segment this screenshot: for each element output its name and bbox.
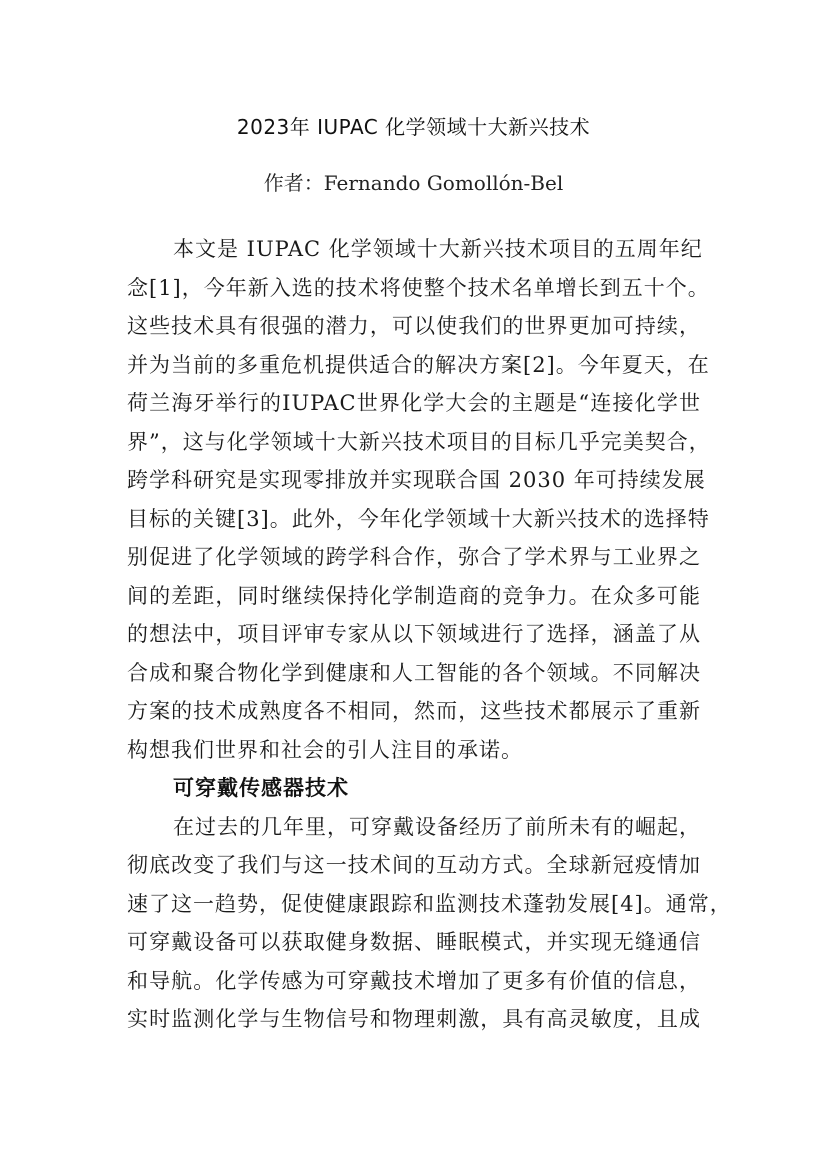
intro-paragraph-line: 合成和聚合物化学到健康和人工智能的各个领域。不同解决 <box>127 654 701 693</box>
author-line: 作者：Fernando Gomollón-Bel <box>0 169 827 197</box>
intro-paragraph-line: 本文是 IUPAC 化学领域十大新兴技术项目的五周年纪 <box>127 230 701 269</box>
section-paragraph-line: 彻底改变了我们与这一技术间的互动方式。全球新冠疫情加 <box>127 846 701 885</box>
section-paragraph-line: 速了这一趋势，促使健康跟踪和监测技术蓬勃发展[4]。通常， <box>127 885 701 924</box>
section-paragraph-line: 实时监测化学与生物信号和物理刺激，具有高灵敏度，且成 <box>127 1000 701 1039</box>
intro-paragraph-line: 并为当前的多重危机提供适合的解决方案[2]。今年夏天，在 <box>127 346 701 385</box>
section-paragraph-line: 和导航。化学传感为可穿戴技术增加了更多有价值的信息， <box>127 962 701 1001</box>
intro-paragraph-line: 的想法中，项目评审专家从以下领域进行了选择，涵盖了从 <box>127 615 701 654</box>
intro-paragraph-line: 构想我们世界和社会的引人注目的承诺。 <box>127 731 701 770</box>
intro-paragraph-line: 界”，这与化学领域十大新兴技术项目的目标几乎完美契合， <box>127 423 701 462</box>
intro-paragraph-line: 荷兰海牙举行的IUPAC世界化学大会的主题是“连接化学世 <box>127 384 701 423</box>
document-page: 2023年 IUPAC 化学领域十大新兴技术 作者：Fernando Gomol… <box>0 0 827 1170</box>
intro-paragraph-line: 跨学科研究是实现零排放并实现联合国 2030 年可持续发展 <box>127 461 701 500</box>
article-body: 本文是 IUPAC 化学领域十大新兴技术项目的五周年纪 念[1]，今年新入选的技… <box>127 230 701 1039</box>
section-heading: 可穿戴传感器技术 <box>127 769 701 808</box>
intro-paragraph-line: 间的差距，同时继续保持化学制造商的竞争力。在众多可能 <box>127 577 701 616</box>
intro-paragraph-line: 别促进了化学领域的跨学科合作，弥合了学术界与工业界之 <box>127 538 701 577</box>
intro-paragraph-line: 念[1]，今年新入选的技术将使整个技术名单增长到五十个。 <box>127 269 701 308</box>
document-title: 2023年 IUPAC 化学领域十大新兴技术 <box>0 113 827 141</box>
intro-paragraph-line: 目标的关键[3]。此外，今年化学领域十大新兴技术的选择特 <box>127 500 701 539</box>
section-paragraph-line: 可穿戴设备可以获取健身数据、睡眠模式，并实现无缝通信 <box>127 923 701 962</box>
intro-paragraph-line: 方案的技术成熟度各不相同，然而，这些技术都展示了重新 <box>127 692 701 731</box>
section-paragraph-line: 在过去的几年里，可穿戴设备经历了前所未有的崛起， <box>127 808 701 847</box>
intro-paragraph-line: 这些技术具有很强的潜力，可以使我们的世界更加可持续， <box>127 307 701 346</box>
